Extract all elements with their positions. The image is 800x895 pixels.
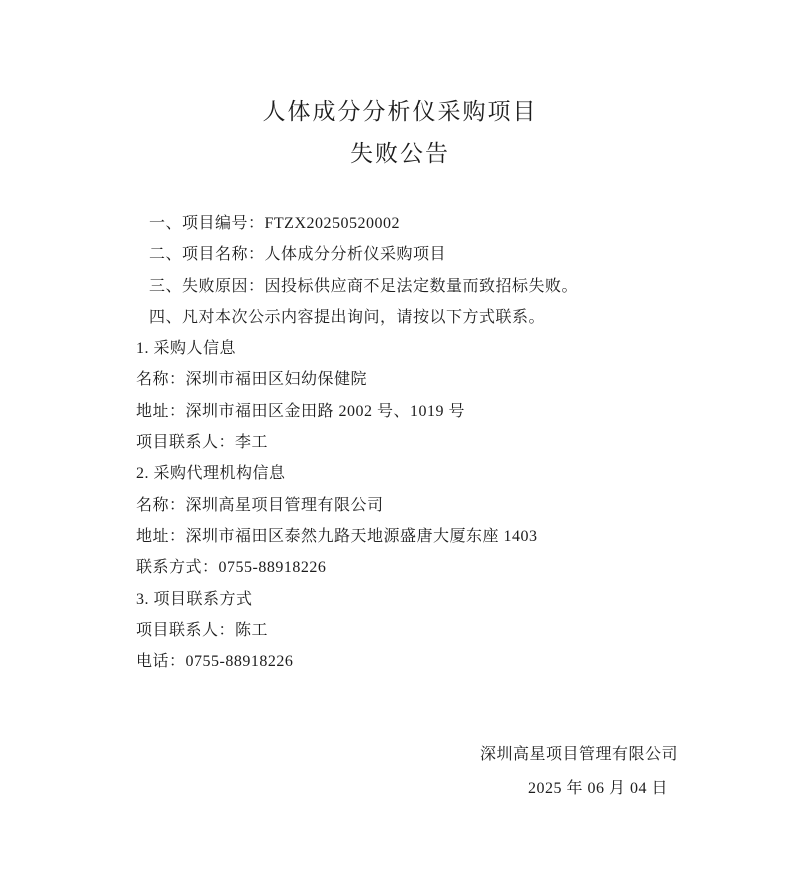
line-project-number: 一、项目编号：FTZX20250520002 [136, 208, 740, 239]
section-project-contact: 3. 项目联系方式 [136, 584, 740, 615]
document-body: 一、项目编号：FTZX20250520002 二、项目名称：人体成分分析仪采购项… [0, 208, 800, 677]
line-inquiry-notice: 四、凡对本次公示内容提出询问，请按以下方式联系。 [136, 302, 740, 333]
purchaser-contact-person: 项目联系人：李工 [136, 427, 740, 458]
section-agency-info: 2. 采购代理机构信息 [136, 458, 740, 489]
agency-name: 名称：深圳高星项目管理有限公司 [136, 490, 740, 521]
project-contact-person: 项目联系人：陈工 [136, 615, 740, 646]
line-failure-reason: 三、失败原因：因投标供应商不足法定数量而致招标失败。 [136, 271, 740, 302]
purchaser-address: 地址：深圳市福田区金田路 2002 号、1019 号 [136, 396, 740, 427]
document-subtitle: 失败公告 [0, 142, 800, 166]
agency-address: 地址：深圳市福田区泰然九路天地源盛唐大厦东座 1403 [136, 521, 740, 552]
purchaser-name: 名称：深圳市福田区妇幼保健院 [136, 364, 740, 395]
line-project-name: 二、项目名称：人体成分分析仪采购项目 [136, 239, 740, 270]
document-page: 人体成分分析仪采购项目 失败公告 一、项目编号：FTZX20250520002 … [0, 0, 800, 895]
signature-date: 2025 年 06 月 04 日 [0, 772, 800, 806]
signature-company: 深圳高星项目管理有限公司 [0, 738, 800, 772]
signature-block: 深圳高星项目管理有限公司 2025 年 06 月 04 日 [0, 738, 800, 806]
document-title: 人体成分分析仪采购项目 [0, 0, 800, 124]
agency-phone: 联系方式：0755-88918226 [136, 552, 740, 583]
project-contact-phone: 电话：0755-88918226 [136, 646, 740, 677]
section-purchaser-info: 1. 采购人信息 [136, 333, 740, 364]
